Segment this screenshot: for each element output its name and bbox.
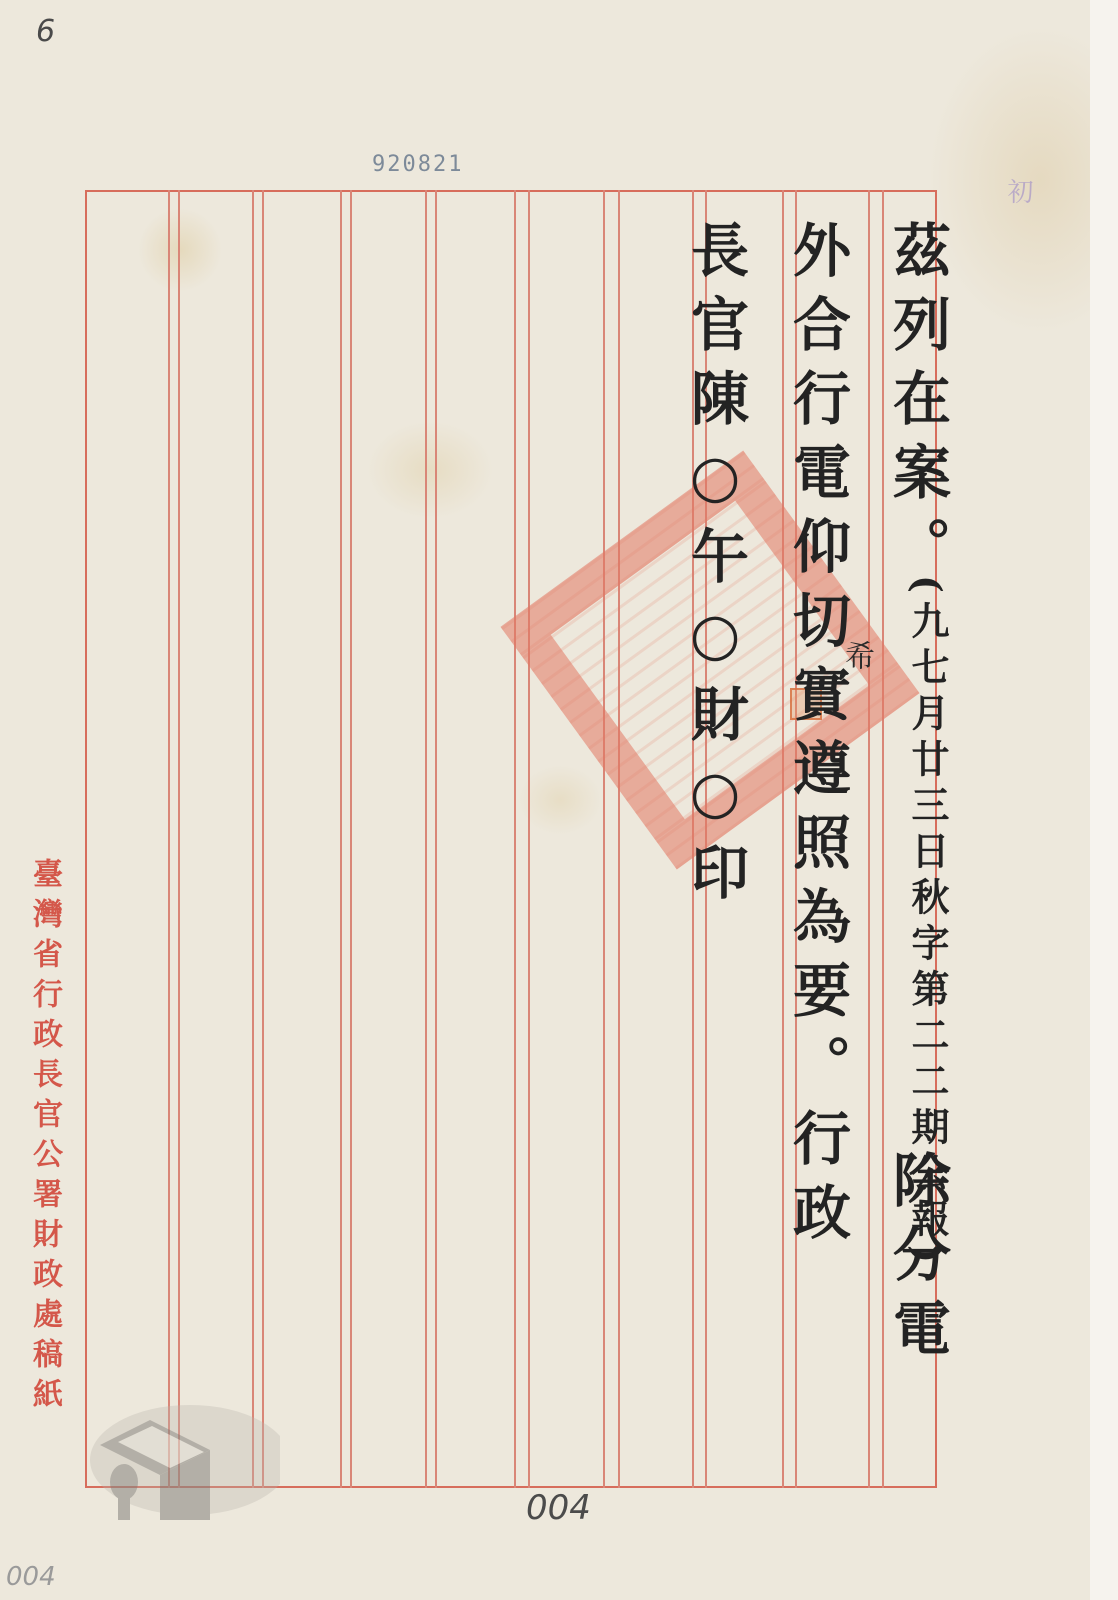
handwritten-column-4: 外合行電仰切實遵照為要。行政 [782,220,852,1256]
page-number-mark: 6 [36,14,55,49]
handwritten-column-3: 除分電 [882,1150,952,1372]
serial-stamp: 920821 [372,152,463,177]
paper-edge [1090,0,1118,1600]
faint-mark: 初 [1000,178,1037,204]
bottom-page-number: 004 [526,1488,591,1528]
archive-book-icon [80,1390,280,1520]
handwritten-column-5: 長官陳○午○財○印 [680,220,750,916]
form-printed-label: 臺灣省行政長官公署財政處稿紙 [28,858,60,1418]
marginal-annotation: 希 [834,640,878,670]
handwritten-column-1: 茲列在案。 [882,220,952,590]
faint-corner-number: 004 [6,1562,56,1592]
